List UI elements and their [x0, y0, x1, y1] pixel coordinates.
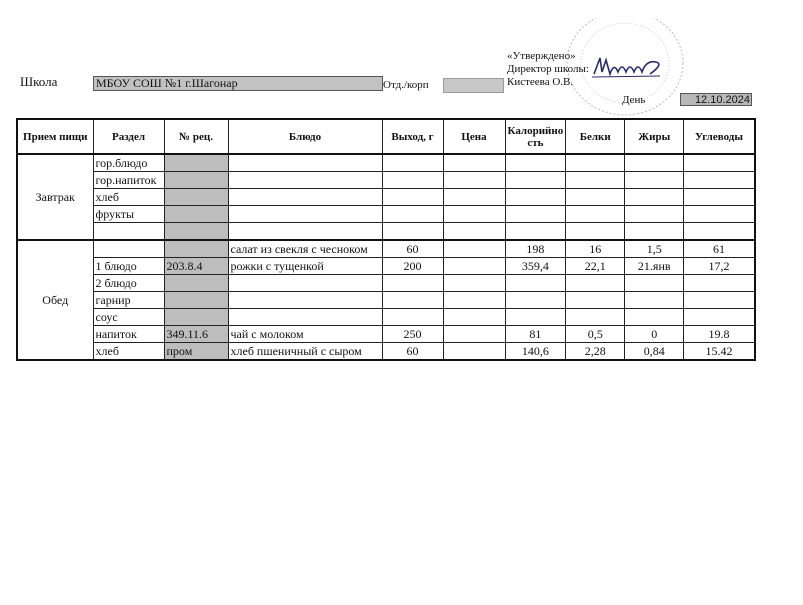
col-header-recipe: № рец.: [164, 119, 228, 154]
approval-block: «Утверждено» Директор школы: Кистеева О.…: [507, 50, 589, 89]
price-cell: [443, 325, 505, 342]
yield-cell: [382, 189, 443, 206]
col-header-carbs: Углеводы: [684, 119, 755, 154]
yield-cell: 60: [382, 240, 443, 258]
col-header-price: Цена: [443, 119, 505, 154]
director-name: Кистеева О.В.: [507, 76, 589, 89]
school-label: Школа: [20, 74, 57, 90]
dish-cell: [228, 154, 382, 172]
calories-cell: [505, 223, 566, 240]
yield-cell: [382, 274, 443, 291]
recipe-cell: [164, 154, 228, 172]
carbs-cell: [684, 154, 755, 172]
protein-cell: 16: [566, 240, 625, 258]
recipe-cell: [164, 274, 228, 291]
price-cell: [443, 223, 505, 240]
fat-cell: 0: [625, 325, 684, 342]
table-row: хлеб: [17, 189, 755, 206]
yield-cell: [382, 308, 443, 325]
section-cell: 1 блюдо: [93, 257, 164, 274]
dish-cell: [228, 172, 382, 189]
recipe-cell: [164, 223, 228, 240]
price-cell: [443, 189, 505, 206]
protein-cell: [566, 206, 625, 223]
col-header-fat: Жиры: [625, 119, 684, 154]
yield-cell: 250: [382, 325, 443, 342]
recipe-cell: [164, 206, 228, 223]
fat-cell: 21.янв: [625, 257, 684, 274]
fat-cell: 1,5: [625, 240, 684, 258]
fat-cell: [625, 223, 684, 240]
meal-name-cell: Завтрак: [17, 154, 93, 240]
dish-cell: [228, 274, 382, 291]
protein-cell: [566, 189, 625, 206]
table-row: фрукты: [17, 206, 755, 223]
col-header-section: Раздел: [93, 119, 164, 154]
table-row: гор.напиток: [17, 172, 755, 189]
price-cell: [443, 240, 505, 258]
carbs-cell: [684, 223, 755, 240]
dish-cell: [228, 308, 382, 325]
yield-cell: [382, 291, 443, 308]
section-cell: гор.блюдо: [93, 154, 164, 172]
recipe-cell: 203.8.4: [164, 257, 228, 274]
dish-cell: [228, 189, 382, 206]
section-cell: напиток: [93, 325, 164, 342]
protein-cell: 0,5: [566, 325, 625, 342]
dish-cell: [228, 206, 382, 223]
carbs-cell: [684, 189, 755, 206]
table-row: Завтракгор.блюдо: [17, 154, 755, 172]
recipe-cell: [164, 308, 228, 325]
dish-cell: салат из свекля с чесноком: [228, 240, 382, 258]
carbs-cell: [684, 308, 755, 325]
col-header-calories: Калорийно сть: [505, 119, 566, 154]
dish-cell: рожки с тущенкой: [228, 257, 382, 274]
calories-cell: 359,4: [505, 257, 566, 274]
recipe-cell: [164, 291, 228, 308]
yield-cell: 60: [382, 342, 443, 360]
signature-icon: [590, 52, 670, 82]
price-cell: [443, 172, 505, 189]
fat-cell: [625, 172, 684, 189]
calories-cell: [505, 308, 566, 325]
school-name-field: МБОУ СОШ №1 г.Шагонар: [93, 76, 383, 91]
table-row: напиток349.11.6чай с молоком250810,5019.…: [17, 325, 755, 342]
carbs-cell: [684, 274, 755, 291]
table-row: соус: [17, 308, 755, 325]
protein-cell: [566, 223, 625, 240]
carbs-cell: 61: [684, 240, 755, 258]
calories-cell: [505, 206, 566, 223]
protein-cell: [566, 274, 625, 291]
dish-cell: [228, 223, 382, 240]
col-header-protein: Белки: [566, 119, 625, 154]
yield-cell: 200: [382, 257, 443, 274]
price-cell: [443, 274, 505, 291]
section-cell: хлеб: [93, 342, 164, 360]
fat-cell: [625, 274, 684, 291]
calories-cell: 140,6: [505, 342, 566, 360]
dept-label: Отд./корп: [383, 79, 429, 91]
section-cell: хлеб: [93, 189, 164, 206]
fat-cell: [625, 154, 684, 172]
calories-cell: [505, 291, 566, 308]
protein-cell: [566, 308, 625, 325]
meal-name-cell: Обед: [17, 240, 93, 360]
price-cell: [443, 291, 505, 308]
dish-cell: [228, 291, 382, 308]
price-cell: [443, 206, 505, 223]
carbs-cell: 15.42: [684, 342, 755, 360]
calories-cell: [505, 274, 566, 291]
date-field: 12.10.2024: [680, 93, 752, 106]
col-header-dish: Блюдо: [228, 119, 382, 154]
table-row: Обедсалат из свекля с чесноком60198161,5…: [17, 240, 755, 258]
price-cell: [443, 257, 505, 274]
section-cell: [93, 240, 164, 258]
protein-cell: 2,28: [566, 342, 625, 360]
fat-cell: [625, 206, 684, 223]
calories-cell: [505, 154, 566, 172]
price-cell: [443, 154, 505, 172]
recipe-cell: [164, 240, 228, 258]
yield-cell: [382, 154, 443, 172]
menu-table: Прием пищи Раздел № рец. Блюдо Выход, г …: [16, 118, 756, 361]
carbs-cell: [684, 291, 755, 308]
recipe-cell: 349.11.6: [164, 325, 228, 342]
yield-cell: [382, 172, 443, 189]
director-label: Директор школы:: [507, 63, 589, 76]
recipe-cell: [164, 172, 228, 189]
recipe-cell: [164, 189, 228, 206]
carbs-cell: [684, 206, 755, 223]
section-cell: соус: [93, 308, 164, 325]
protein-cell: 22,1: [566, 257, 625, 274]
carbs-cell: 19.8: [684, 325, 755, 342]
fat-cell: [625, 291, 684, 308]
col-header-yield: Выход, г: [382, 119, 443, 154]
table-header-row: Прием пищи Раздел № рец. Блюдо Выход, г …: [17, 119, 755, 154]
yield-cell: [382, 206, 443, 223]
calories-cell: 198: [505, 240, 566, 258]
protein-cell: [566, 154, 625, 172]
carbs-cell: 17,2: [684, 257, 755, 274]
dish-cell: чай с молоком: [228, 325, 382, 342]
section-cell: 2 блюдо: [93, 274, 164, 291]
section-cell: гор.напиток: [93, 172, 164, 189]
table-row: 1 блюдо203.8.4рожки с тущенкой200359,422…: [17, 257, 755, 274]
recipe-cell: пром: [164, 342, 228, 360]
protein-cell: [566, 291, 625, 308]
table-row: [17, 223, 755, 240]
dish-cell: хлеб пшеничный с сыром: [228, 342, 382, 360]
fat-cell: [625, 308, 684, 325]
price-cell: [443, 342, 505, 360]
section-cell: гарнир: [93, 291, 164, 308]
fat-cell: [625, 189, 684, 206]
protein-cell: [566, 172, 625, 189]
dept-field: [443, 78, 504, 93]
calories-cell: [505, 189, 566, 206]
table-row: гарнир: [17, 291, 755, 308]
approved-title: «Утверждено»: [507, 50, 589, 63]
carbs-cell: [684, 172, 755, 189]
fat-cell: 0,84: [625, 342, 684, 360]
yield-cell: [382, 223, 443, 240]
col-header-meal: Прием пищи: [17, 119, 93, 154]
section-cell: [93, 223, 164, 240]
day-label: День: [622, 94, 645, 106]
table-row: хлебпромхлеб пшеничный с сыром60140,62,2…: [17, 342, 755, 360]
table-row: 2 блюдо: [17, 274, 755, 291]
price-cell: [443, 308, 505, 325]
calories-cell: [505, 172, 566, 189]
calories-cell: 81: [505, 325, 566, 342]
section-cell: фрукты: [93, 206, 164, 223]
